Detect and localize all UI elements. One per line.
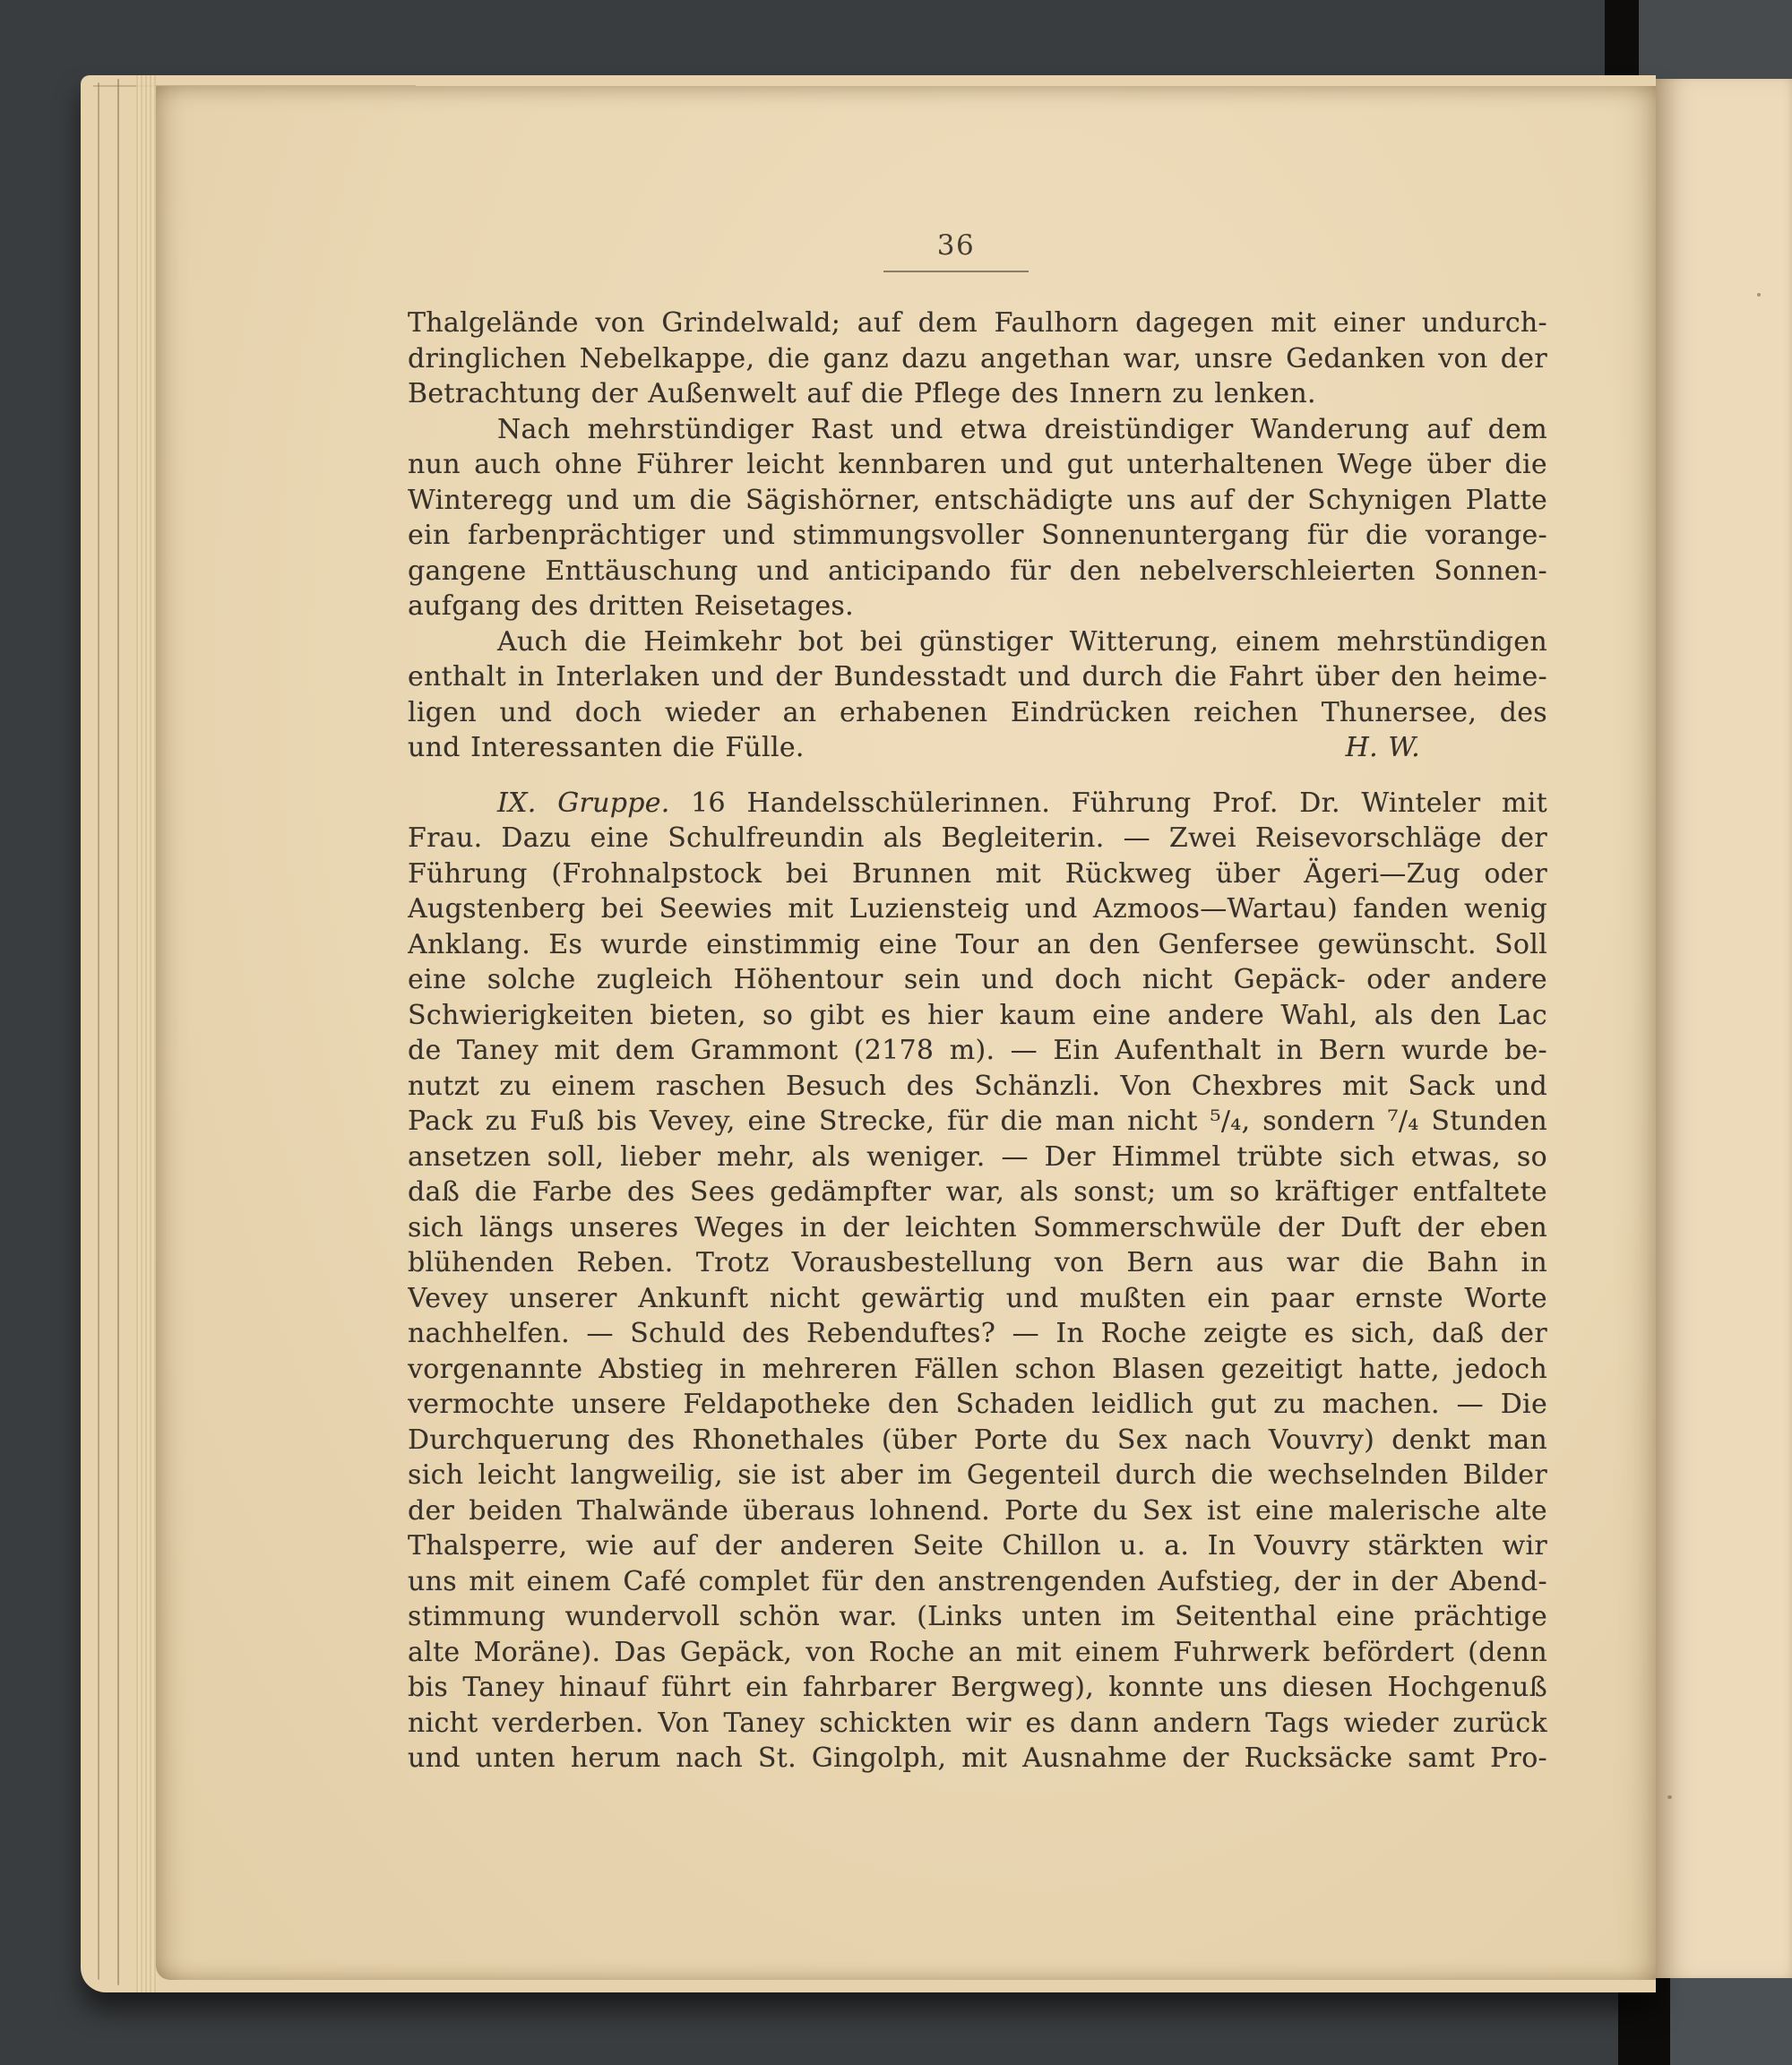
italic-group-heading: IX. Gruppe. [497, 787, 670, 819]
page-edge-ribbing [136, 75, 156, 1992]
text-line: Auch die Heimkehr bot bei günstiger Witt… [408, 624, 1547, 660]
text-line: dringlichen Nebelkappe, die ganz dazu an… [408, 341, 1547, 377]
scanned-book-photo: 36 Thalgelände von Grindelwald; auf dem … [0, 0, 1792, 2065]
page-edge-line [117, 79, 119, 1985]
text-line: sich leicht langweilig, sie ist aber im … [408, 1458, 1547, 1493]
text-line: und Interessanten die Fülle.H. W. [408, 730, 1547, 766]
background-panel [1670, 1975, 1792, 2065]
text-line: Betrachtung der Außenwelt auf die Pflege… [408, 376, 1547, 412]
text-line: gangene Enttäuschung und anticipando für… [408, 554, 1547, 589]
text-line: Augstenberg bei Seewies mit Luziensteig … [408, 891, 1547, 927]
text-line: vorgenannte Abstieg in mehreren Fällen s… [408, 1352, 1547, 1388]
text-line: Vevey unserer Ankunft nicht gewärtig und… [408, 1281, 1547, 1317]
page-text: Thalgelände von Grindelwald; auf dem Fau… [408, 305, 1547, 1777]
text-line: ein farbenprächtiger und stimmungsvoller… [408, 518, 1547, 554]
text-line: ansetzen soll, lieber mehr, als weniger.… [408, 1140, 1547, 1175]
text-line: Durchquerung des Rhonethales (über Porte… [408, 1423, 1547, 1458]
text-line: Nach mehrstündiger Rast und etwa dreistü… [408, 412, 1547, 448]
page-header: 36 [838, 231, 1074, 272]
text-line: vermochte unsere Feldapotheke den Schade… [408, 1387, 1547, 1423]
text-line: sich längs unseres Weges in der leichten… [408, 1210, 1547, 1246]
text-line: stimmung wundervoll schön war. (Links un… [408, 1599, 1547, 1635]
background-panel [1638, 0, 1792, 84]
text-line: nachhelfen. — Schuld des Rebenduftes? — … [408, 1316, 1547, 1352]
text-line: eine solche zugleich Höhentour sein und … [408, 962, 1547, 998]
text-line: daß die Farbe des Sees gedämpfter war, a… [408, 1174, 1547, 1210]
text-line: blühenden Reben. Trotz Vorausbestellung … [408, 1245, 1547, 1281]
text-line: Pack zu Fuß bis Vevey, eine Strecke, für… [408, 1104, 1547, 1140]
text-line: enthalt in Interlaken und der Bundesstad… [408, 659, 1547, 695]
bookmark-ribbon-top [1605, 0, 1639, 85]
text-line: nutzt zu einem raschen Besuch des Schänz… [408, 1069, 1547, 1105]
text-line: ligen und doch wieder an erhabenen Eindr… [408, 695, 1547, 731]
text-line: und unten herum nach St. Gingolph, mit A… [408, 1741, 1547, 1777]
page-number-rule [883, 271, 1029, 272]
text-line: Thalgelände von Grindelwald; auf dem Fau… [408, 305, 1547, 341]
paragraph: Auch die Heimkehr bot bei günstiger Witt… [408, 624, 1547, 766]
paragraph: IX. Gruppe. 16 Handelsschülerinnen. Führ… [408, 786, 1547, 1777]
paragraph-end-text: und Interessanten die Fülle. [408, 730, 805, 766]
text-line: aufgang des dritten Reisetages. [408, 589, 1547, 624]
text-line: der beiden Thalwände überaus lohnend. Po… [408, 1493, 1547, 1529]
text-line: Führung (Frohnalpstock bei Brunnen mit R… [408, 856, 1547, 892]
text-line: de Taney mit dem Grammont (2178 m). — Ei… [408, 1033, 1547, 1069]
text-line: nicht verderben. Von Taney schickten wir… [408, 1706, 1547, 1742]
paper-speck [1757, 293, 1761, 297]
paper-speck [1667, 1795, 1672, 1799]
page-edge-line [98, 82, 99, 1980]
text-line: alte Moräne). Das Gepäck, von Roche an m… [408, 1635, 1547, 1671]
text-line: Winteregg und um die Sägishörner, entsch… [408, 483, 1547, 519]
text-line: Schwierigkeiten bieten, so gibt es hier … [408, 998, 1547, 1034]
facing-page-edge [1656, 79, 1792, 1978]
page-number: 36 [838, 231, 1074, 261]
text-line: Frau. Dazu eine Schulfreundin als Beglei… [408, 821, 1547, 856]
text-line: bis Taney hinauf führt ein fahrbarer Ber… [408, 1670, 1547, 1706]
author-initials: H. W. [1346, 730, 1547, 766]
paragraph: Nach mehrstündiger Rast und etwa dreistü… [408, 412, 1547, 624]
text-line: uns mit einem Café complet für den anstr… [408, 1564, 1547, 1600]
text-line: Anklang. Es wurde einstimmig eine Tour a… [408, 927, 1547, 963]
paragraph: Thalgelände von Grindelwald; auf dem Fau… [408, 305, 1547, 412]
text-line: IX. Gruppe. 16 Handelsschülerinnen. Führ… [408, 786, 1547, 822]
text-line: nun auch ohne Führer leicht kennbaren un… [408, 447, 1547, 483]
text-line: Thalsperre, wie auf der anderen Seite Ch… [408, 1528, 1547, 1564]
